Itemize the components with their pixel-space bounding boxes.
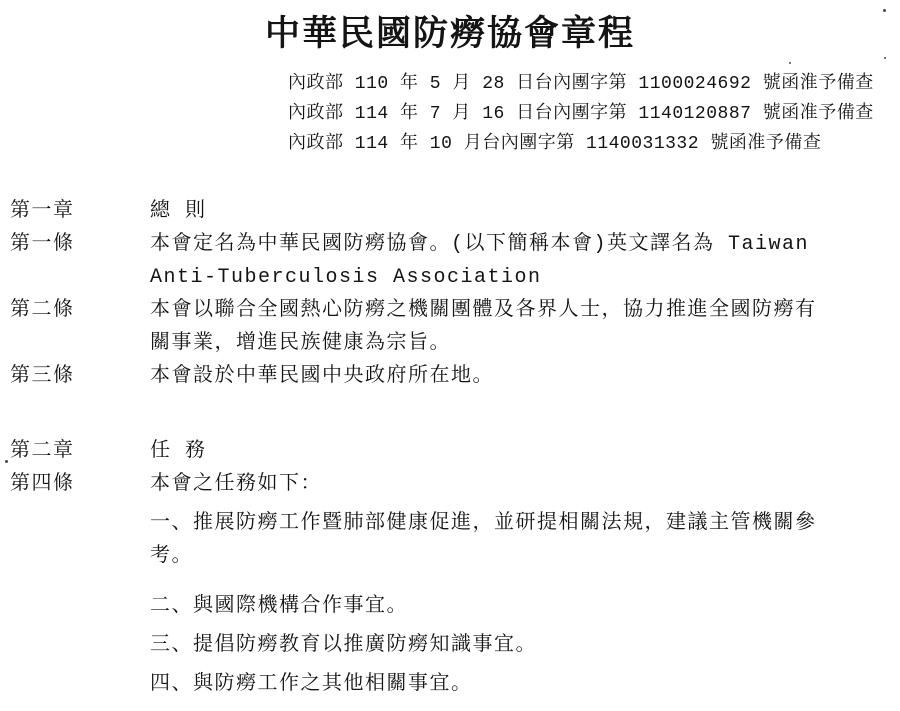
approval-notes: 內政部 110 年 5 月 28 日台內團字第 1100024692 號函淮予備… xyxy=(0,69,900,159)
article-4-label: 第四條 xyxy=(0,468,150,501)
article-1: 第一條 本會定名為中華民國防癆協會。(以下簡稱本會)英文譯名為 Taiwan A… xyxy=(0,228,900,294)
approval-note-2: 內政部 114 年 7 月 16 日台內團字第 1140120887 號函准予備… xyxy=(288,99,900,129)
article-1-label: 第一條 xyxy=(0,228,150,261)
article-1-text: 本會定名為中華民國防癆協會。(以下簡稱本會)英文譯名為 Taiwan Anti-… xyxy=(150,228,830,294)
approval-note-3: 內政部 114 年 10 月台內團字第 1140031332 號函准予備查 xyxy=(288,129,900,159)
article-4-content: 本會之任務如下： 一、推展防癆工作暨肺部健康促進，並研提相關法規，建議主管機關參… xyxy=(150,468,830,701)
article-4: 第四條 本會之任務如下： 一、推展防癆工作暨肺部健康促進，並研提相關法規，建議主… xyxy=(0,468,900,701)
article-3-label: 第三條 xyxy=(0,360,150,393)
document-body: 第一章 總 則 第一條 本會定名為中華民國防癆協會。(以下簡稱本會)英文譯名為 … xyxy=(0,195,900,701)
approval-note-1: 內政部 110 年 5 月 28 日台內團字第 1100024692 號函淮予備… xyxy=(288,69,900,99)
article-4-item-4: 四、與防癆工作之其他相關事宜。 xyxy=(150,668,830,701)
document-page: 中華民國防癆協會章程 內政部 110 年 5 月 28 日台內團字第 11000… xyxy=(0,0,900,711)
chapter-1-label: 第一章 xyxy=(0,195,150,228)
page-title: 中華民國防癆協會章程 xyxy=(0,0,900,55)
scan-speck xyxy=(883,9,886,12)
chapter-2-label: 第二章 xyxy=(0,435,150,468)
chapter-1-heading: 第一章 總 則 xyxy=(0,195,900,228)
chapter-1: 第一章 總 則 第一條 本會定名為中華民國防癆協會。(以下簡稱本會)英文譯名為 … xyxy=(0,195,900,393)
chapter-2-heading: 第二章 任 務 xyxy=(0,435,900,468)
chapter-2-title: 任 務 xyxy=(150,435,830,468)
article-4-item-3: 三、提倡防癆教育以推廣防癆知識事宜。 xyxy=(150,629,830,662)
scan-speck xyxy=(5,460,8,463)
chapter-1-title: 總 則 xyxy=(150,195,830,228)
scan-speck xyxy=(789,62,791,64)
scan-speck xyxy=(884,57,886,59)
article-4-item-1: 一、推展防癆工作暨肺部健康促進，並研提相關法規，建議主管機關參考。 xyxy=(150,507,830,573)
chapter-2: 第二章 任 務 第四條 本會之任務如下： 一、推展防癆工作暨肺部健康促進，並研提… xyxy=(0,435,900,701)
article-3-text: 本會設於中華民國中央政府所在地。 xyxy=(150,360,830,393)
article-2: 第二條 本會以聯合全國熱心防癆之機關團體及各界人士，協力推進全國防癆有關事業，增… xyxy=(0,294,900,360)
article-3: 第三條 本會設於中華民國中央政府所在地。 xyxy=(0,360,900,393)
article-2-text: 本會以聯合全國熱心防癆之機關團體及各界人士，協力推進全國防癆有關事業，增進民族健… xyxy=(150,294,830,360)
article-4-text: 本會之任務如下： xyxy=(150,468,830,501)
article-4-item-2: 二、與國際機構合作事宜。 xyxy=(150,590,830,623)
article-2-label: 第二條 xyxy=(0,294,150,327)
